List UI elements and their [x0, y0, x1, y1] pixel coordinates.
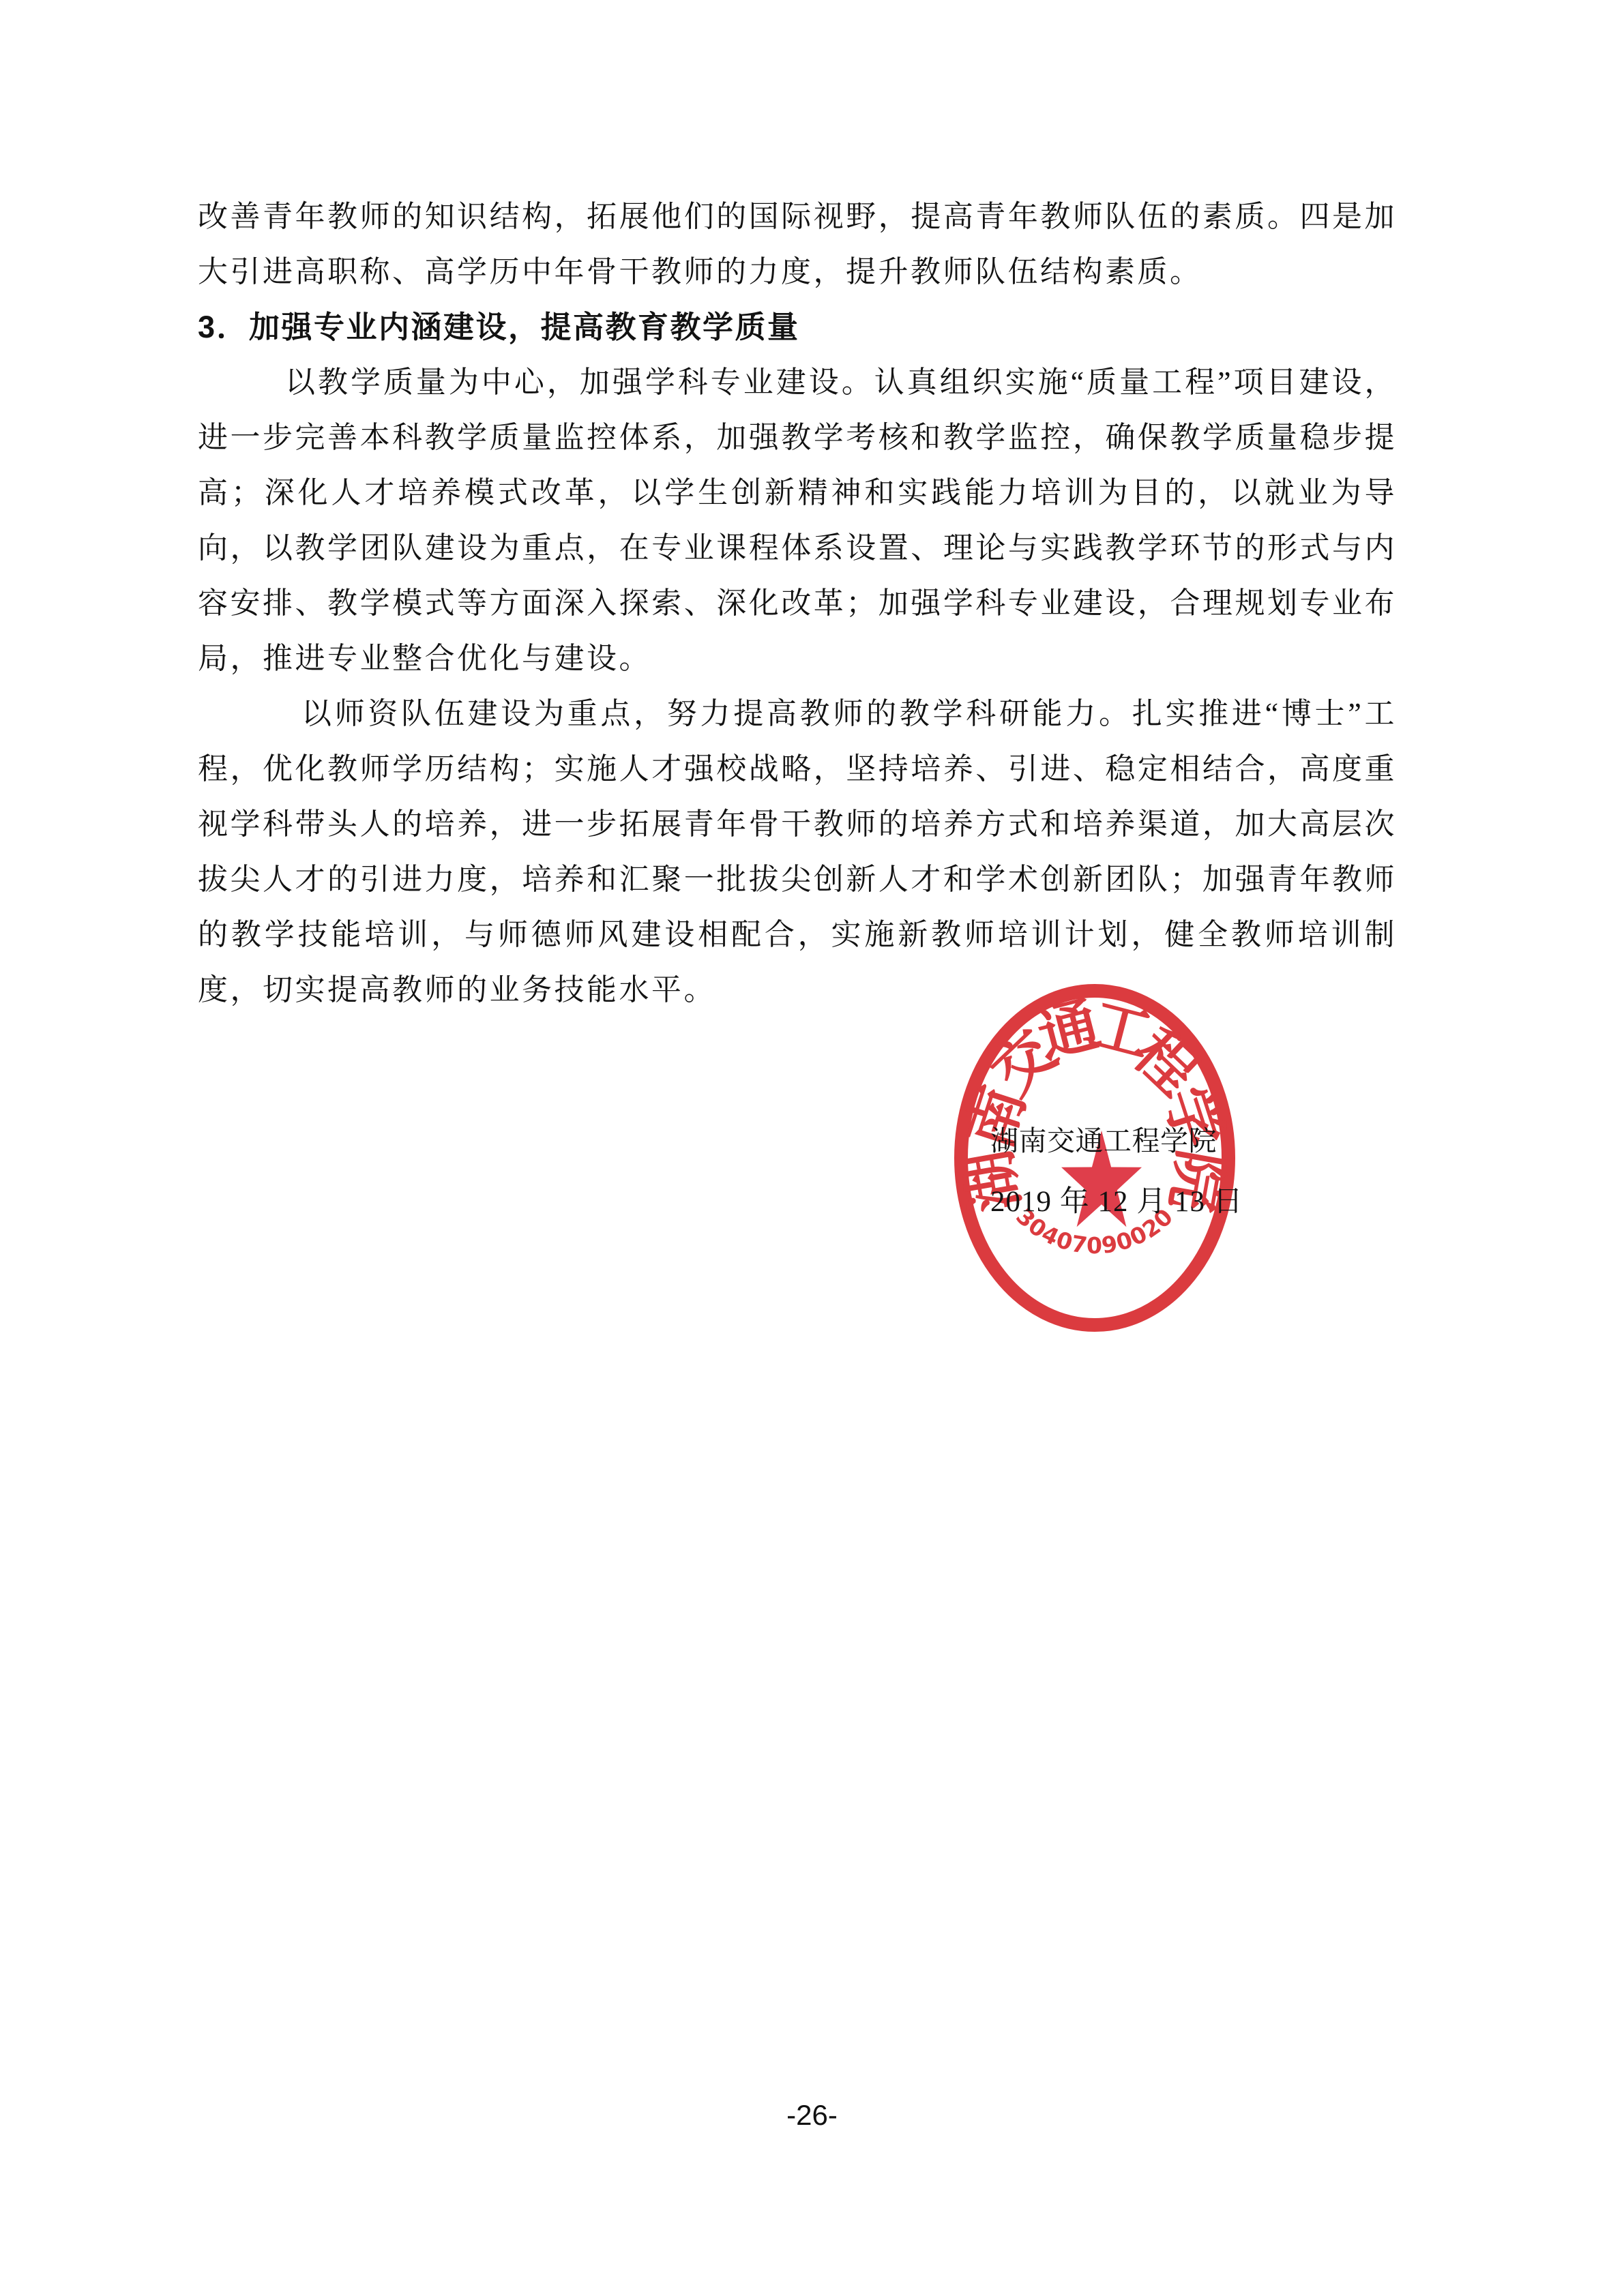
- signature-date: 2019 年 12 月 13 日: [990, 1178, 1243, 1220]
- document-page: 改善青年教师的知识结构，拓展他们的国际视野，提高青年教师队伍的素质。四是加大引进…: [0, 0, 1624, 2296]
- section-heading: 3．加强专业内涵建设，提高教育教学质量: [198, 299, 1397, 355]
- document-body: 改善青年教师的知识结构，拓展他们的国际视野，提高青年教师队伍的素质。四是加大引进…: [198, 189, 1397, 1017]
- body-paragraph: 以教学质量为中心，加强学科专业建设。认真组织实施“质量工程”项目建设，进一步完善…: [198, 355, 1397, 686]
- body-paragraph: 以师资队伍建设为重点，努力提高教师的教学科研能力。扎实推进“博士”工程，优化教师…: [198, 686, 1397, 1017]
- signature-organization: 湖南交通工程学院: [990, 1118, 1217, 1159]
- body-paragraph: 改善青年教师的知识结构，拓展他们的国际视野，提高青年教师队伍的素质。四是加大引进…: [198, 189, 1397, 299]
- page-number: -26-: [0, 2099, 1624, 2132]
